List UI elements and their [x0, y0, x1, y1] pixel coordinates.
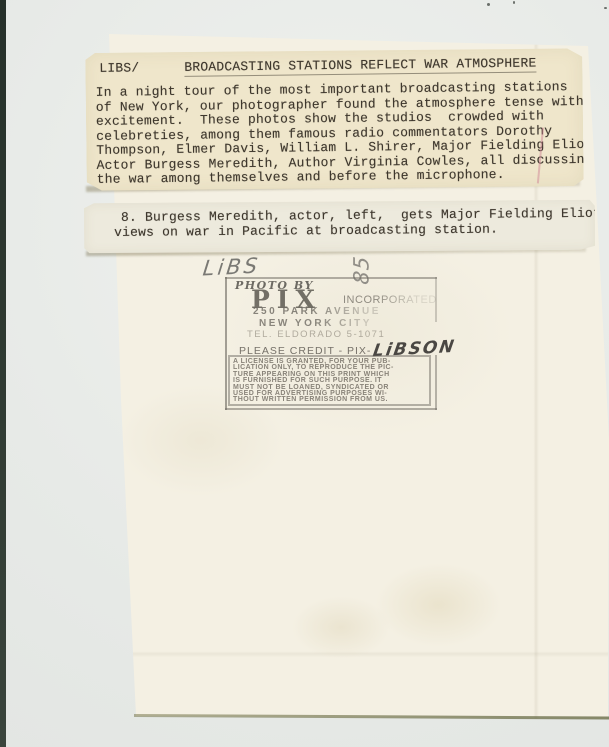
stamp-address-street: 250 PARK AVENUE	[253, 306, 381, 317]
archive-prefix: LIBS/	[99, 60, 139, 77]
dust-speck	[513, 1, 515, 4]
caption-line: views on war in Pacific at broadcasting …	[114, 221, 609, 240]
caption-title: BROADCASTING STATIONS REFLECT WAR ATMOSP…	[184, 56, 536, 77]
scanner-edge-strip	[0, 0, 6, 747]
caption-header: LIBS/ BROADCASTING STATIONS REFLECT WAR …	[99, 56, 536, 78]
stamp-address-city: NEW YORK CITY	[259, 318, 372, 329]
dust-speck	[487, 3, 490, 6]
stamp-border	[435, 355, 437, 410]
caption-slip-main: LIBS/ BROADCASTING STATIONS REFLECT WAR …	[85, 47, 584, 192]
stamp-border	[225, 277, 227, 410]
caption-body: In a night tour of the most important br…	[96, 80, 601, 188]
caption2-body: 8. Burgess Meredith, actor, left, gets M…	[114, 205, 609, 240]
stamp-license-box: A LICENSE IS GRANTED, FOR YOUR PUB- LICA…	[228, 355, 431, 406]
license-line: THOUT WRITTEN PERMISSION FROM US.	[233, 397, 426, 403]
scanned-photo-back: LIBS/ BROADCASTING STATIONS REFLECT WAR …	[0, 0, 609, 747]
caption-slip-number: 8. Burgess Meredith, actor, left, gets M…	[84, 199, 595, 254]
dust-speck	[604, 7, 607, 9]
stamp-border	[225, 408, 437, 410]
stamp-incorporated: INCORPORATED	[343, 294, 437, 306]
pix-agency-stamp: PHOTO BY PIX INCORPORATED 250 PARK AVENU…	[225, 277, 437, 410]
